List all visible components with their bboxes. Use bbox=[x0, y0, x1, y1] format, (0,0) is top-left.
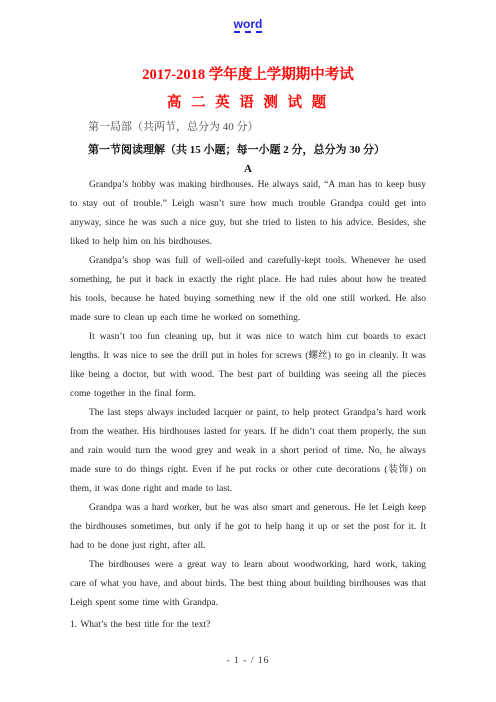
document-body: 第一局部（共两节，总分为 40 分） 第一节阅读理解（共 15 小题；每一小题 … bbox=[70, 120, 426, 635]
passage-paragraph: The last steps always included lacquer o… bbox=[70, 404, 426, 499]
word-link[interactable]: word bbox=[234, 17, 263, 33]
section-task-heading: 第一节阅读理解（共 15 小题；每一小题 2 分，总分为 30 分） bbox=[70, 143, 426, 158]
passage-paragraph: Grandpa’s shop was full of well-oiled an… bbox=[70, 252, 426, 328]
document-page: word 2017-2018 学年度上学期期中考试 高 二 英 语 测 试 题 … bbox=[0, 0, 496, 702]
passage-paragraph: Grandpa was a hard worker, but he was al… bbox=[70, 499, 426, 556]
passage-label: A bbox=[70, 162, 426, 176]
page-number: - 1 - / 16 bbox=[0, 656, 496, 666]
top-link-row: word bbox=[0, 0, 496, 33]
exam-title: 2017-2018 学年度上学期期中考试 bbox=[0, 66, 496, 85]
section-part-heading: 第一局部（共两节，总分为 40 分） bbox=[70, 120, 426, 135]
passage-paragraph: The birdhouses were a great way to learn… bbox=[70, 556, 426, 613]
question-line: 1. What’s the best title for the text? bbox=[70, 616, 426, 635]
passage-paragraph: It wasn’t too fun cleaning up, but it wa… bbox=[70, 328, 426, 404]
exam-subtitle: 高 二 英 语 测 试 题 bbox=[0, 94, 496, 113]
passage-paragraph: Grandpa’s hobby was making birdhouses. H… bbox=[70, 176, 426, 252]
